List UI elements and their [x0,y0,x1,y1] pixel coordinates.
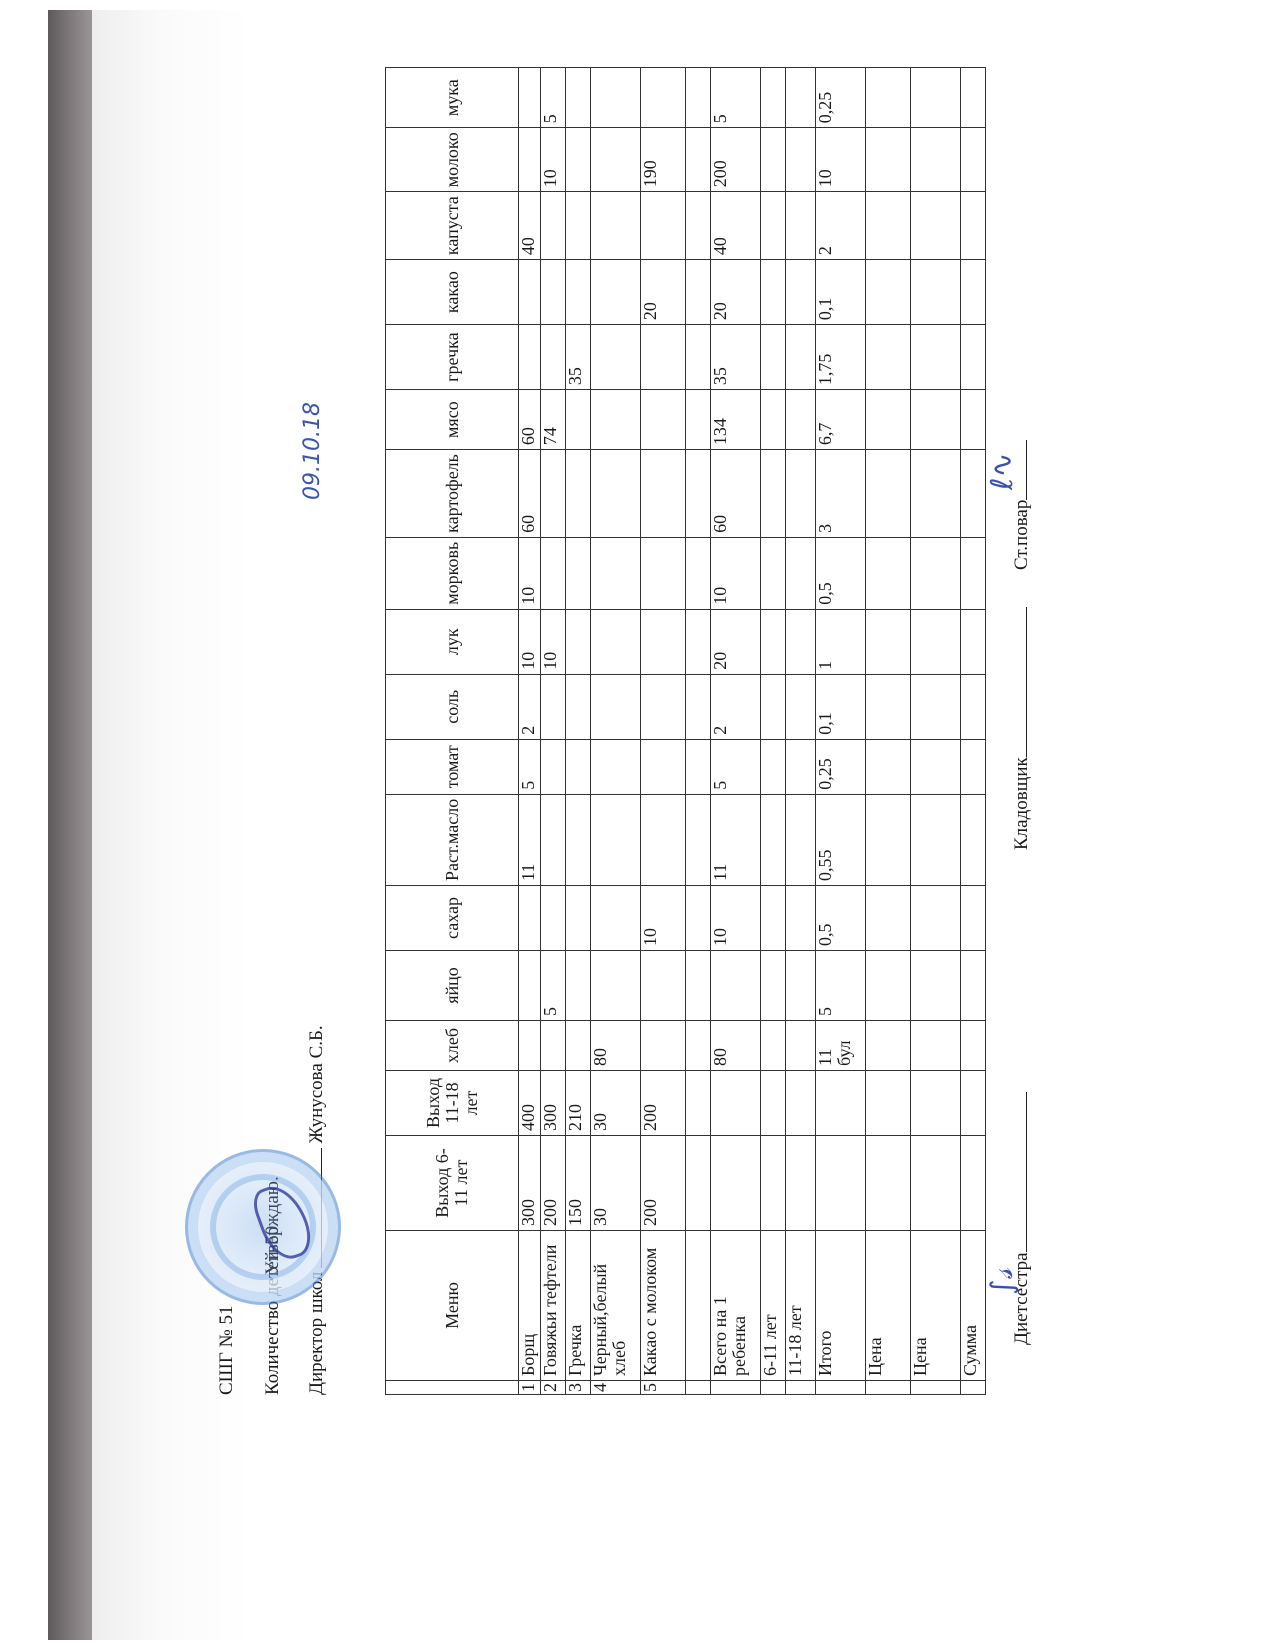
table-cell [786,1071,816,1136]
table-cell: 40 [711,192,761,260]
row-number [816,1381,866,1395]
table-cell: 0,25 [816,739,866,794]
table-cell: 80 [591,1021,641,1071]
table-cell: 2 [816,192,866,260]
table-cell [911,128,961,192]
table-cell [866,674,911,739]
table-cell [761,537,786,609]
table-cell [591,674,641,739]
table-cell [786,450,816,538]
table-cell [641,674,686,739]
table-cell: 3 [816,450,866,538]
table-cell [866,128,911,192]
storekeeper-signature-line: Кладовщик [1010,607,1033,850]
column-header: хлеб [386,1021,519,1071]
table-row: 11-18 лет [786,68,816,1395]
table-row: Цена [911,68,961,1395]
column-header: молоко [386,128,519,192]
table-cell: 0,55 [816,794,866,885]
column-header: морковь [386,537,519,609]
table-cell [961,390,986,450]
table-cell [761,192,786,260]
table-cell [686,325,711,390]
table-cell [686,886,711,951]
table-cell [911,951,961,1021]
table-row: 2Говяжьи тефтели20030051074105 [541,68,566,1395]
table-cell [911,739,961,794]
table-cell [566,128,591,192]
table-cell [761,951,786,1021]
table-cell [566,951,591,1021]
menu-item-name: Черный,белый хлеб [591,1231,641,1381]
table-cell [591,609,641,674]
table-cell [786,325,816,390]
table-cell [566,1021,591,1071]
table-cell: 11 [519,794,541,885]
table-cell: 1,75 [816,325,866,390]
table-cell [911,390,961,450]
table-cell [761,674,786,739]
table-cell [761,1136,786,1231]
table-cell [761,450,786,538]
table-cell [761,325,786,390]
table-cell [761,739,786,794]
dietitian-signature-icon: ∫𝓈 [985,1268,1020,1295]
column-header: Выход 6-11 лет [386,1136,519,1231]
table-cell [786,260,816,325]
table-cell [961,886,986,951]
table-cell [866,450,911,538]
table-cell [686,128,711,192]
table-cell: 0,25 [816,68,866,128]
table-cell [686,450,711,538]
storekeeper-label: Кладовщик [1011,757,1032,850]
table-cell [686,1021,711,1071]
table-cell: 210 [566,1071,591,1136]
table-cell [911,450,961,538]
menu-item-name: Итого [816,1231,866,1381]
table-cell [641,390,686,450]
table-cell: 5 [711,68,761,128]
table-cell: 0,5 [816,537,866,609]
table-cell [686,192,711,260]
table-cell: 40 [519,192,541,260]
column-header: лук [386,609,519,674]
table-cell [961,1071,986,1136]
table-cell [519,68,541,128]
table-cell [541,1021,566,1071]
table-cell [641,951,686,1021]
table-cell [761,886,786,951]
table-cell [786,1021,816,1071]
table-cell [961,674,986,739]
table-cell [591,325,641,390]
table-cell [866,68,911,128]
column-header: гречка [386,325,519,390]
table-cell: 74 [541,390,566,450]
table-row: 4Черный,белый хлеб303080 [591,68,641,1395]
table-cell: 5 [541,68,566,128]
menu-item-name: Сумма [961,1231,986,1381]
menu-item-name: Борщ [519,1231,541,1381]
table-cell: 60 [519,450,541,538]
table-cell: 30 [591,1071,641,1136]
table-cell [541,450,566,538]
table-cell [541,325,566,390]
director-label: Директор школ [306,1272,327,1395]
table-cell: 0,1 [816,260,866,325]
table-cell [519,1021,541,1071]
table-cell [911,325,961,390]
table-cell [711,951,761,1021]
table-cell [816,1136,866,1231]
column-header: картофель [386,450,519,538]
row-number [711,1381,761,1395]
table-cell [591,794,641,885]
table-cell [761,390,786,450]
row-number: 2 [541,1381,566,1395]
table-cell [519,951,541,1021]
table-cell [816,1071,866,1136]
table-cell [519,260,541,325]
table-cell [961,450,986,538]
table-cell [591,537,641,609]
table-cell [541,794,566,885]
table-cell: 150 [566,1136,591,1231]
table-cell [911,1136,961,1231]
table-cell [786,739,816,794]
table-cell [761,1021,786,1071]
table-cell [541,739,566,794]
table-cell [686,68,711,128]
table-cell [541,537,566,609]
table-cell: 10 [519,609,541,674]
table-cell [961,794,986,885]
table-cell: 5 [519,739,541,794]
column-header: яйцо [386,951,519,1021]
table-cell [866,609,911,674]
column-header: Раст.масло [386,794,519,885]
table-cell: 200 [711,128,761,192]
menu-table: МенюВыход 6-11 летВыход 11-18 летхлебяйц… [385,67,986,1395]
table-cell: 200 [541,1136,566,1231]
column-header: Меню [386,1231,519,1381]
table-cell [761,68,786,128]
menu-item-name: Говяжьи тефтели [541,1231,566,1381]
table-cell [786,674,816,739]
table-cell: 200 [641,1071,686,1136]
table-cell [786,192,816,260]
column-header [386,1381,519,1395]
table-cell [786,68,816,128]
table-cell [786,128,816,192]
table-cell: 30 [591,1136,641,1231]
table-cell [911,260,961,325]
table-cell [961,537,986,609]
table-cell [911,192,961,260]
table-cell [566,739,591,794]
table-cell: 190 [641,128,686,192]
table-cell [961,128,986,192]
school-name: СШГ № 51 [216,1306,238,1395]
table-cell: 134 [711,390,761,450]
table-cell [566,390,591,450]
table-cell [686,1136,711,1231]
table-cell: 60 [519,390,541,450]
table-cell [686,1071,711,1136]
table-cell [866,886,911,951]
table-cell [519,128,541,192]
table-cell: 300 [541,1071,566,1136]
table-cell [591,192,641,260]
table-cell: 5 [541,951,566,1021]
table-cell [786,886,816,951]
table-cell: 0,1 [816,674,866,739]
table-cell [686,951,711,1021]
table-cell [761,1071,786,1136]
table-cell: 2 [519,674,541,739]
table-cell [686,794,711,885]
dietitian-blank [1010,1092,1027,1252]
row-number: 3 [566,1381,591,1395]
table-cell [911,609,961,674]
table-cell [866,1071,911,1136]
table-cell [591,260,641,325]
table-cell [911,1071,961,1136]
table-cell: 20 [641,260,686,325]
row-number [866,1381,911,1395]
table-cell [686,609,711,674]
table-row: 6-11 лет [761,68,786,1395]
table-row [686,68,711,1395]
table-cell [866,192,911,260]
column-header: томат [386,739,519,794]
table-cell [566,192,591,260]
table-cell [911,674,961,739]
table-cell [541,192,566,260]
table-cell [961,325,986,390]
document-sheet: СШГ № 51 Количество детей-50 Утверждаю. … [0,0,1275,1650]
table-cell [911,68,961,128]
table-cell [866,1021,911,1071]
table-cell [566,609,591,674]
table-cell [591,951,641,1021]
table-cell [911,794,961,885]
table-cell [961,192,986,260]
row-number: 1 [519,1381,541,1395]
storekeeper-blank [1010,607,1027,757]
table-cell [519,886,541,951]
table-cell: 2 [711,674,761,739]
table-cell [961,1021,986,1071]
table-row: 1Борщ30040011521010606040 [519,68,541,1395]
table-cell [591,390,641,450]
table-header-row: МенюВыход 6-11 летВыход 11-18 летхлебяйц… [386,68,519,1395]
table-cell [911,886,961,951]
chef-label: Ст.повар [1011,500,1032,570]
table-row: Итого11 бул50,50,550,250,110,536,71,750,… [816,68,866,1395]
menu-item-name: Какао с молоком [641,1231,686,1381]
row-number [961,1381,986,1395]
table-cell [866,325,911,390]
table-cell [961,68,986,128]
table-cell [711,1071,761,1136]
table-cell [641,450,686,538]
menu-item-name: Всего на 1 ребенка [711,1231,761,1381]
table-row: 5Какао с молоком2002001020190 [641,68,686,1395]
table-cell [566,68,591,128]
table-cell [866,260,911,325]
menu-item-name: Цена [911,1231,961,1381]
table-cell: 10 [711,886,761,951]
table-cell: 20 [711,260,761,325]
table-cell [541,674,566,739]
table-cell [686,260,711,325]
table-row: 3Гречка15021035 [566,68,591,1395]
table-cell [786,1136,816,1231]
table-cell [566,886,591,951]
table-cell [786,794,816,885]
handwritten-date: 09.10.18 [300,402,325,500]
table-cell [591,128,641,192]
table-cell [566,794,591,885]
table-cell: 35 [566,325,591,390]
menu-item-name: Гречка [566,1231,591,1381]
table-cell: 6,7 [816,390,866,450]
menu-item-name: Цена [866,1231,911,1381]
menu-item-name: 6-11 лет [761,1231,786,1381]
column-header: капуста [386,192,519,260]
row-number: 4 [591,1381,641,1395]
table-cell [591,886,641,951]
table-cell [641,609,686,674]
table-cell [866,794,911,885]
column-header: соль [386,674,519,739]
table-cell [541,886,566,951]
table-cell [641,739,686,794]
table-cell [761,260,786,325]
table-cell [786,951,816,1021]
column-header: какао [386,260,519,325]
table-row: Цена [866,68,911,1395]
table-cell [566,260,591,325]
table-cell [591,68,641,128]
table-cell: 300 [519,1136,541,1231]
table-cell [866,390,911,450]
table-cell: 20 [711,609,761,674]
table-cell: 80 [711,1021,761,1071]
table-cell: 5 [816,951,866,1021]
column-header: мука [386,68,519,128]
table-cell [686,739,711,794]
menu-item-name [686,1231,711,1381]
table-cell [591,450,641,538]
table-cell [519,325,541,390]
table-cell: 10 [519,537,541,609]
table-cell [866,739,911,794]
row-number [761,1381,786,1395]
table-cell [641,537,686,609]
table-cell [541,260,566,325]
table-cell [591,739,641,794]
row-number [911,1381,961,1395]
table-cell [641,325,686,390]
row-number [686,1381,711,1395]
column-header: мясо [386,390,519,450]
table-cell: 10 [541,128,566,192]
table-cell [866,951,911,1021]
table-cell: 11 бул [816,1021,866,1071]
menu-item-name: 11-18 лет [786,1231,816,1381]
table-cell: 5 [711,739,761,794]
table-cell [566,450,591,538]
table-cell [761,794,786,885]
table-cell [786,390,816,450]
table-cell [686,537,711,609]
table-cell [641,192,686,260]
table-cell: 11 [711,794,761,885]
table-cell: 10 [641,886,686,951]
table-cell [866,1136,911,1231]
table-cell: 35 [711,325,761,390]
table-cell [711,1136,761,1231]
table-cell: 0,5 [816,886,866,951]
table-cell [641,794,686,885]
table-cell: 10 [541,609,566,674]
table-row: Сумма [961,68,986,1395]
table-cell: 10 [711,537,761,609]
table-cell: 1 [816,609,866,674]
table-cell: 10 [816,128,866,192]
table-cell [641,68,686,128]
table-cell [641,1021,686,1071]
table-cell [961,739,986,794]
table-cell [911,1021,961,1071]
table-cell [866,537,911,609]
table-cell [566,537,591,609]
table-cell [786,609,816,674]
table-cell [961,609,986,674]
table-cell: 400 [519,1071,541,1136]
director-name: Жунусова С.Б. [306,1025,327,1143]
column-header: сахар [386,886,519,951]
dietitian-label: Диетсестра [1011,1252,1032,1345]
table-row: Всего на 1 ребенка8010115220106013435204… [711,68,761,1395]
table-cell [911,537,961,609]
dietitian-signature-line: Диетсестра [1010,1092,1033,1345]
table-cell [961,1136,986,1231]
table-cell: 60 [711,450,761,538]
table-cell [686,674,711,739]
chef-signature-icon: ℓ∿ [985,452,1020,490]
table-cell [686,390,711,450]
table-cell [566,674,591,739]
table-cell [761,609,786,674]
row-number [786,1381,816,1395]
column-header: Выход 11-18 лет [386,1071,519,1136]
row-number: 5 [641,1381,686,1395]
table-cell: 200 [641,1136,686,1231]
table-cell [761,128,786,192]
table-cell [961,951,986,1021]
table-cell [786,537,816,609]
table-cell [961,260,986,325]
